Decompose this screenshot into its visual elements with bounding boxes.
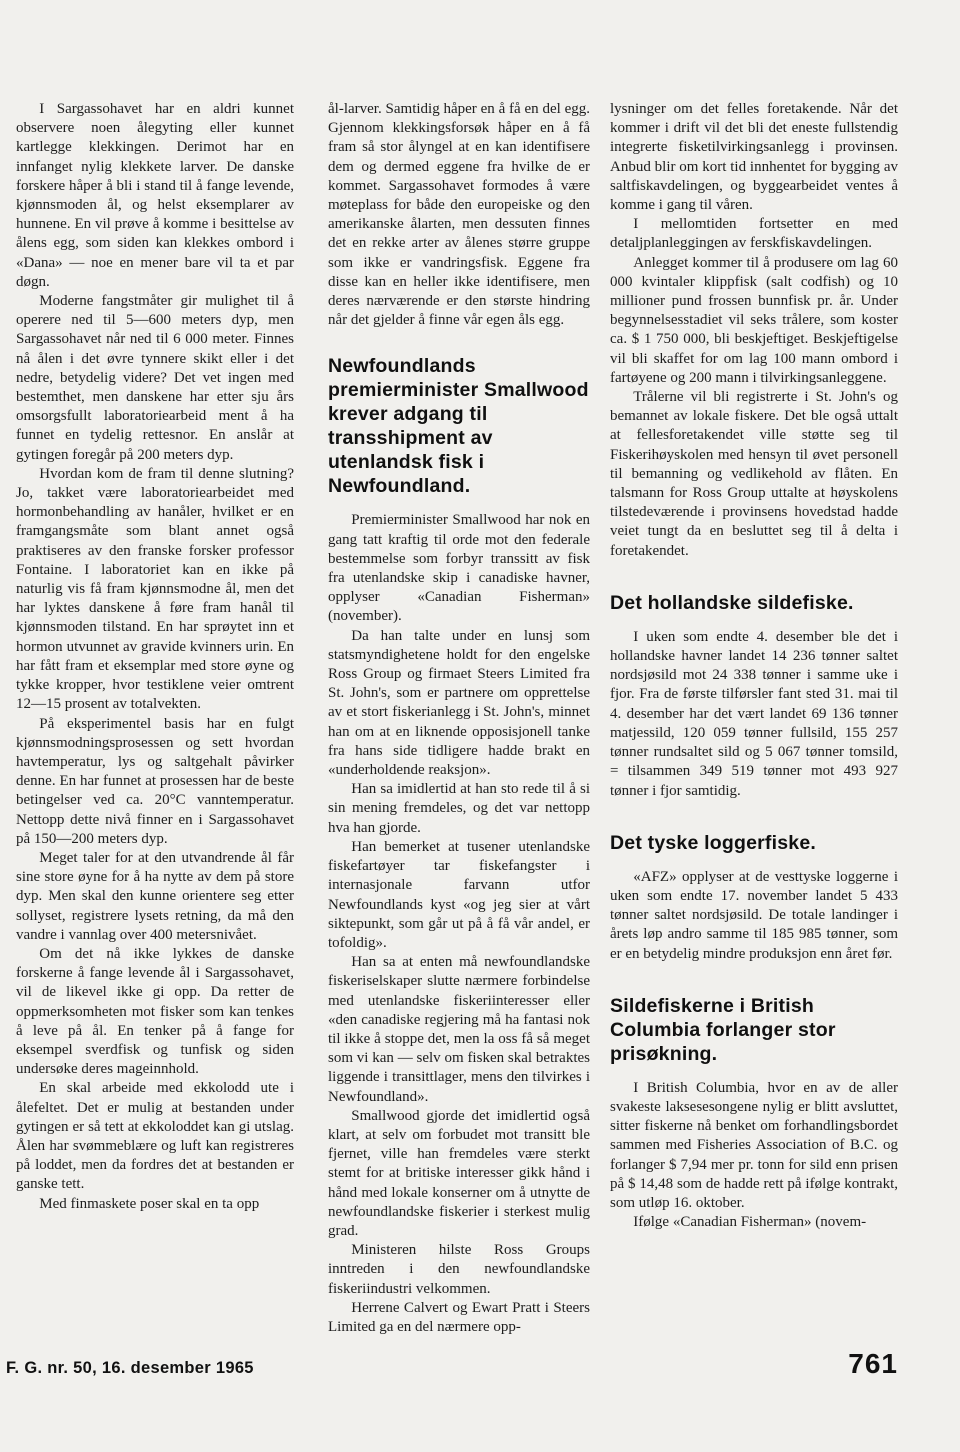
paragraph: Premierminister Smallwood har nok en gan… [328,511,590,626]
paragraph: ål-larver. Samtidig håper en å få en del… [328,100,590,330]
article-heading-hollandske-sildefiske: Det hollandske sildefiske. [610,591,898,615]
column-2: ål-larver. Samtidig håper en å få en del… [328,100,590,1337]
paragraph: Om det nå ikke lykkes de danske forskern… [16,945,294,1079]
paragraph: lysninger om det felles foretakende. Når… [610,100,898,215]
paragraph: Moderne fangstmåter gir mulighet til å o… [16,292,294,465]
paragraph: Trålerne vil bli registrerte i St. John'… [610,388,898,561]
column-3: lysninger om det felles foretakende. Når… [610,100,898,1337]
column-1: I Sargassohavet har en aldri kunnet obse… [16,100,294,1337]
article-heading-newfoundland: Newfoundlands premierminister Smallwood … [328,354,590,498]
paragraph: Ifølge «Canadian Fisherman» (novem- [610,1213,898,1232]
article-heading-british-columbia: Sildefiskerne i British Columbia forlang… [610,994,898,1066]
paragraph: Meget taler for at den utvandrende ål få… [16,849,294,945]
paragraph: Smallwood gjorde det imidlertid også kla… [328,1107,590,1241]
paragraph: Herrene Calvert og Ewart Pratt i Steers … [328,1299,590,1337]
paragraph: I mellomtiden fortsetter en med detaljpl… [610,215,898,253]
paragraph: Han sa imidlertid at han sto rede til å … [328,780,590,838]
paragraph: I British Columbia, hvor en av de aller … [610,1079,898,1213]
paragraph: I uken som endte 4. desember ble det i h… [610,628,898,801]
page-number: 761 [848,1348,898,1380]
paragraph: På eksperimentel basis har en fulgt kjøn… [16,715,294,849]
journal-page: I Sargassohavet har en aldri kunnet obse… [0,0,960,1452]
paragraph: «AFZ» opplyser at de vesttyske loggerne … [610,868,898,964]
paragraph: Ministeren hilste Ross Groups inntreden … [328,1241,590,1299]
paragraph: I Sargassohavet har en aldri kunnet obse… [16,100,294,292]
page-footer: F. G. nr. 50, 16. desember 1965 761 [6,1348,898,1380]
article-heading-tyske-loggerfiske: Det tyske loggerfiske. [610,831,898,855]
paragraph: Hvordan kom de fram til denne slutning? … [16,465,294,715]
footer-issue-label: F. G. nr. 50, 16. desember 1965 [6,1359,254,1378]
paragraph: Han bemerket at tusener utenlandske fisk… [328,838,590,953]
paragraph: Anlegget kommer til å produsere om lag 6… [610,254,898,388]
text-columns: I Sargassohavet har en aldri kunnet obse… [0,0,960,1337]
paragraph: Med finmaskete poser skal en ta opp [16,1195,294,1214]
paragraph: En skal arbeide med ekkolodd ute i ålefe… [16,1079,294,1194]
paragraph: Da han talte under en lunsj som statsmyn… [328,627,590,781]
paragraph: Han sa at enten må newfoundlandske fiske… [328,953,590,1107]
